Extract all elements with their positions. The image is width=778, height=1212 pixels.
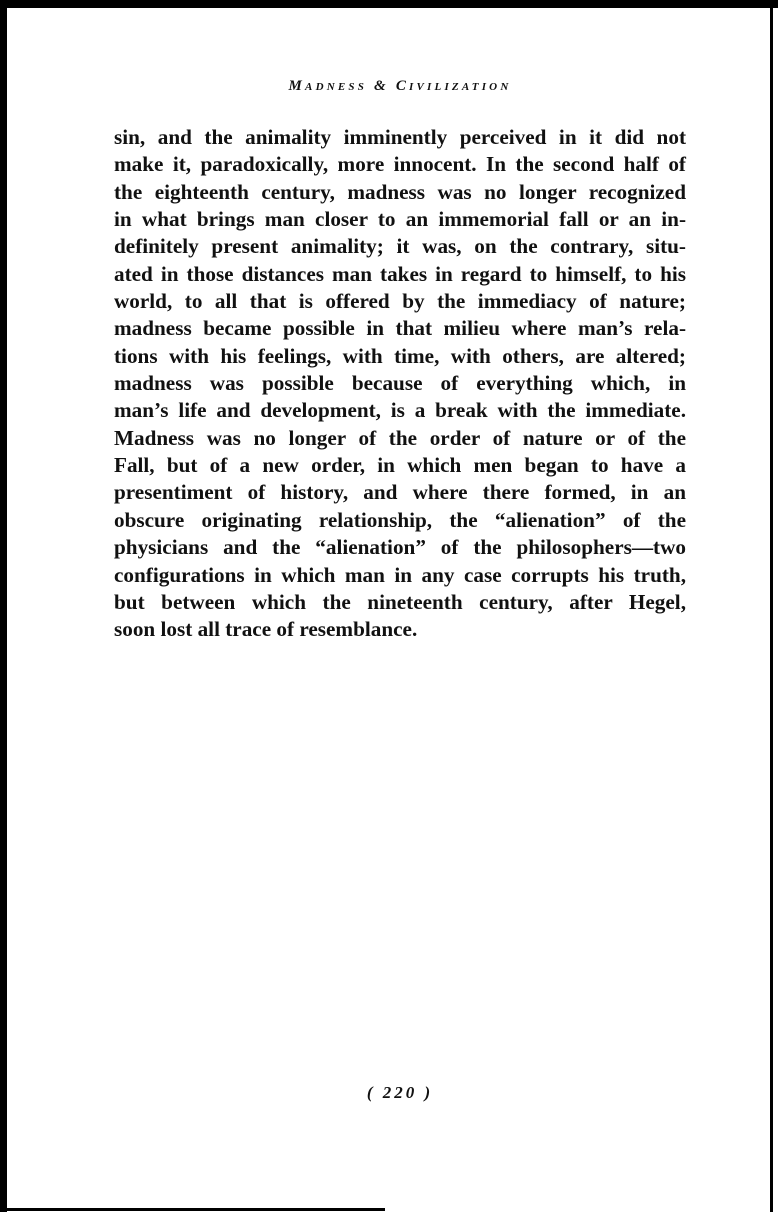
text-line: physicians and the “alienation” of the p…	[114, 534, 686, 561]
text-line: configurations in which man in any case …	[114, 562, 686, 589]
text-line: man’s life and development, is a break w…	[114, 397, 686, 424]
text-line: the eighteenth century, madness was no l…	[114, 179, 686, 206]
text-line: ated in those distances man takes in reg…	[114, 261, 686, 288]
text-line: Fall, but of a new order, in which men b…	[114, 452, 686, 479]
text-line: in what brings man closer to an immemori…	[114, 206, 686, 233]
text-line: madness became possible in that milieu w…	[114, 315, 686, 342]
text-line: obscure originating relationship, the “a…	[114, 507, 686, 534]
text-line: madness was possible because of everythi…	[114, 370, 686, 397]
book-page: Madness & Civilization sin, and the anim…	[114, 0, 686, 1212]
body-paragraph: sin, and the animality imminently percei…	[114, 124, 686, 644]
text-line: make it, paradoxically, more innocent. I…	[114, 151, 686, 178]
text-line: tions with his feelings, with time, with…	[114, 343, 686, 370]
text-line: world, to all that is offered by the imm…	[114, 288, 686, 315]
page-number: ( 220 )	[114, 1083, 686, 1103]
scan-border-right	[770, 8, 773, 1212]
scan-border-left	[0, 0, 7, 1212]
text-line: sin, and the animality imminently percei…	[114, 124, 686, 151]
text-line: definitely present animality; it was, on…	[114, 233, 686, 260]
text-line: Madness was no longer of the order of na…	[114, 425, 686, 452]
text-line: but between which the nineteenth century…	[114, 589, 686, 616]
running-head: Madness & Civilization	[114, 78, 686, 95]
text-line: presentiment of history, and where there…	[114, 479, 686, 506]
text-line: soon lost all trace of resemblance.	[114, 616, 686, 643]
